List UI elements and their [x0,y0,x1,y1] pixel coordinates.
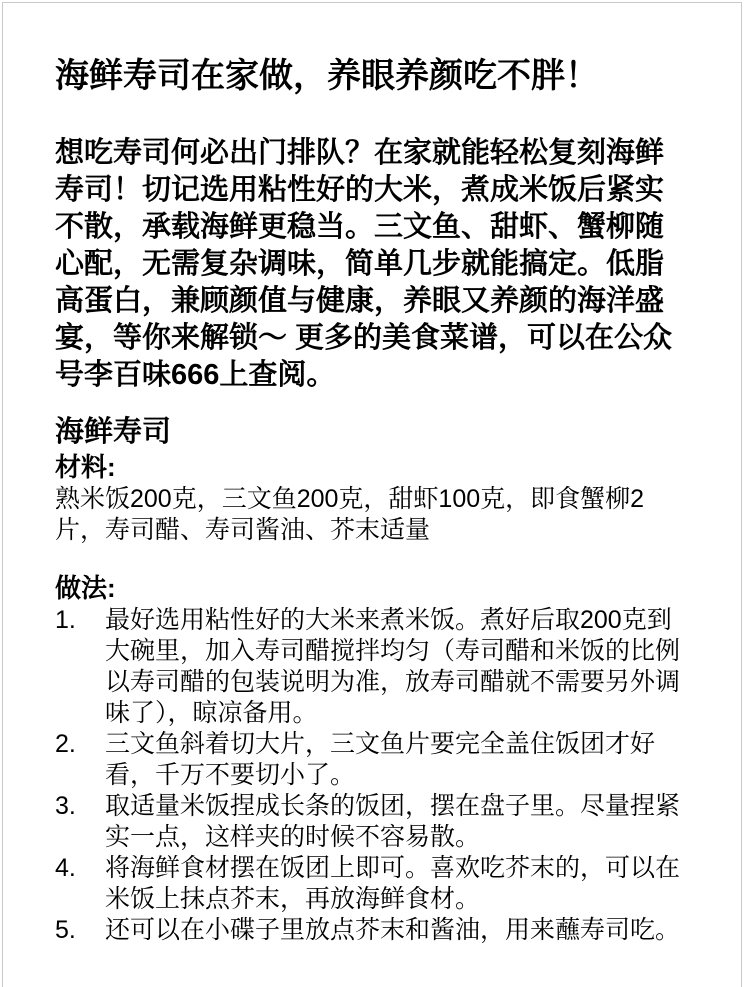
step-item-4: 将海鲜食材摆在饭团上即可。喜欢吃芥末的，可以在米饭上抹点芥末，再放海鲜食材。 [55,853,692,915]
steps-label: 做法: [55,572,692,605]
step-item-1: 最好选用粘性好的大米来煮米饭。煮好后取200克到大碗里，加入寿司醋搅拌均匀（寿司… [55,605,692,729]
article-title: 海鲜寿司在家做，养眼养颜吃不胖！ [55,56,692,97]
step-item-3: 取适量米饭捏成长条的饭团，摆在盘子里。尽量捏紧实一点，这样夹的时候不容易散。 [55,791,692,853]
step-item-5: 还可以在小碟子里放点芥末和酱油，用来蘸寿司吃。 [55,915,692,946]
article-intro: 想吃寿司何必出门排队？在家就能轻松复刻海鲜寿司！切记选用粘性好的大米，煮成米饭后… [55,135,692,394]
step-item-2: 三文鱼斜着切大片，三文鱼片要完全盖住饭团才好看，千万不要切小了。 [55,729,692,791]
ingredients-label: 材料: [55,451,692,484]
steps-list: 最好选用粘性好的大米来煮米饭。煮好后取200克到大碗里，加入寿司醋搅拌均匀（寿司… [55,605,692,946]
article-content: 海鲜寿司在家做，养眼养颜吃不胖！ 想吃寿司何必出门排队？在家就能轻松复刻海鲜寿司… [0,0,744,946]
ingredients-text: 熟米饭200克，三文鱼200克，甜虾100克，即食蟹柳2片，寿司醋、寿司酱油、芥… [55,484,692,546]
document-page: 海鲜寿司在家做，养眼养颜吃不胖！ 想吃寿司何必出门排队？在家就能轻松复刻海鲜寿司… [0,0,744,987]
recipe-name: 海鲜寿司 [55,414,692,451]
